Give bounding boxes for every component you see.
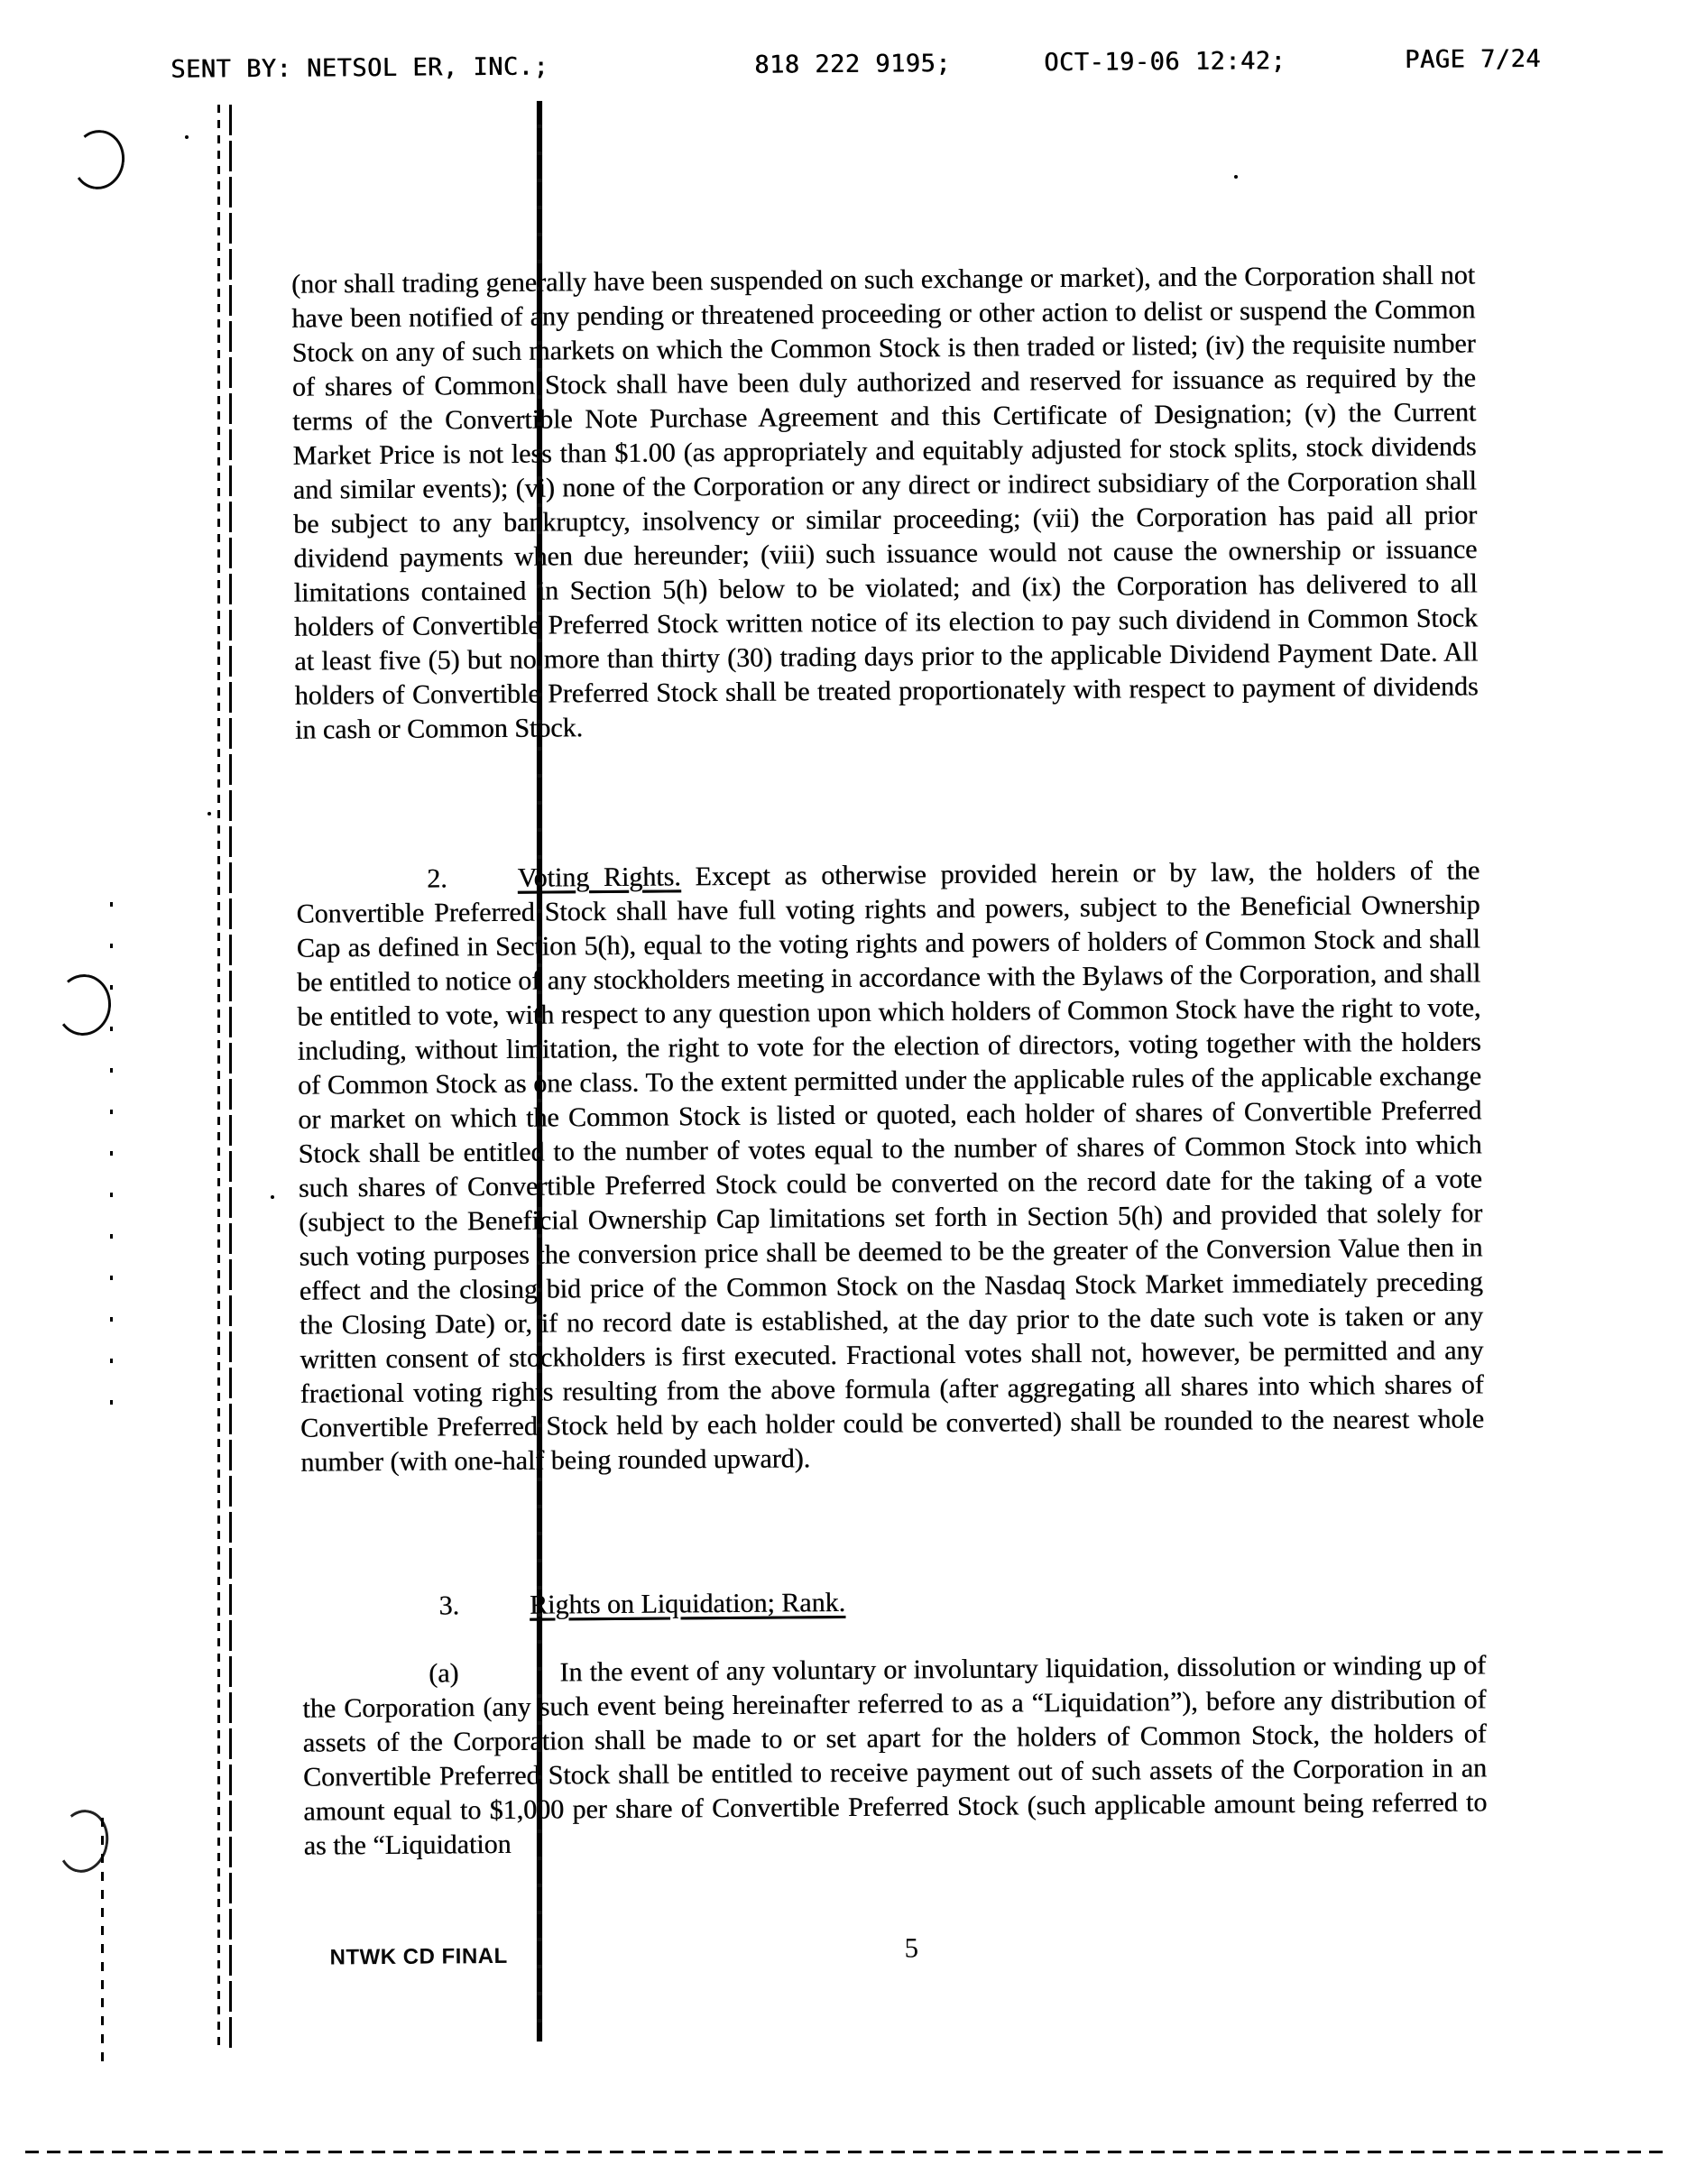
paragraph-a-label: (a) xyxy=(429,1658,459,1688)
section-2-title: Voting Rights. xyxy=(518,862,681,892)
fax-header-timestamp: OCT-19-06 12:42; xyxy=(1044,47,1286,77)
section-3-title: Rights on Liquidation; Rank. xyxy=(530,1588,845,1620)
paragraph-dividend-conditions: (nor shall trading generally have been s… xyxy=(291,258,1479,747)
footer-document-reference: NTWK CD FINAL xyxy=(329,1944,507,1971)
paragraph-a-body: In the event of any voluntary or involun… xyxy=(302,1650,1487,1860)
tab-gap xyxy=(447,887,518,888)
fax-header-page-count: PAGE 7/24 xyxy=(1405,45,1541,74)
section-2-body: Except as otherwise provided herein or b… xyxy=(296,855,1484,1477)
fax-scanned-page: SENT BY: NETSOL ER, INC.; 818 222 9195; … xyxy=(0,0,1687,2184)
section-3-heading: 3.Rights on Liquidation; Rank. xyxy=(301,1580,1485,1624)
section-2-voting-rights: 2.Voting Rights. Except as otherwise pro… xyxy=(296,853,1484,1479)
footer-page-number: 5 xyxy=(904,1931,918,1964)
tab-gap xyxy=(459,1681,560,1682)
fax-header-number: 818 222 9195; xyxy=(754,50,951,79)
document-content: SENT BY: NETSOL ER, INC.; 818 222 9195; … xyxy=(0,0,1687,2184)
paragraph-a-liquidation: (a)In the event of any voluntary or invo… xyxy=(302,1648,1488,1863)
section-2-number: 2. xyxy=(427,863,447,893)
section-3-number: 3. xyxy=(438,1590,459,1620)
fax-header-sender: SENT BY: NETSOL ER, INC.; xyxy=(171,52,549,83)
tab-gap xyxy=(459,1614,530,1615)
